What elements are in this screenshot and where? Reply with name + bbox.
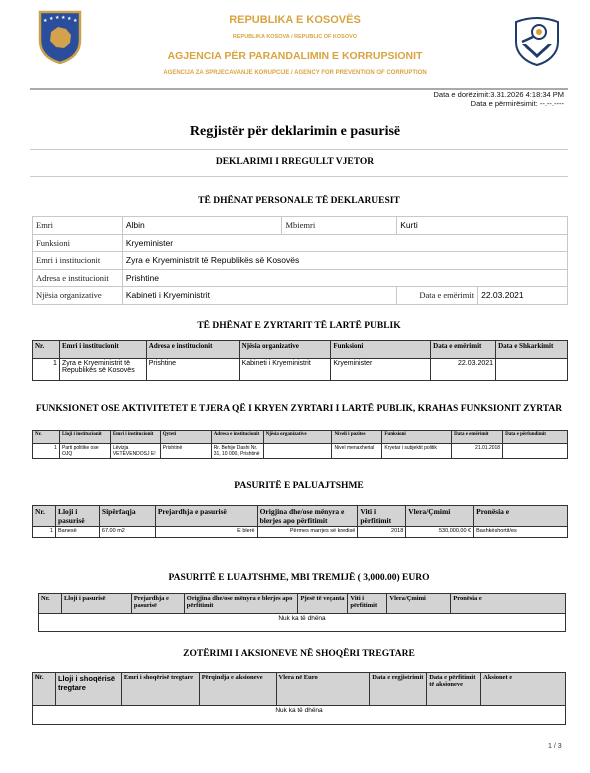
column-header: Emri i institucionit [59,341,146,359]
column-header: Sipërfaqja [99,506,155,527]
movable-section-title: PASURITË E LUAJTSHME, MBI TREMIJË ( 3,00… [30,573,568,584]
appointed-label: Data e emërimit [397,287,478,305]
column-header: Origjina dhe/ose mënyra e blerjes apo pë… [257,506,358,527]
cell: Zyra e Kryeministrit të Republikës së Ko… [59,359,146,381]
column-header: Qyteti [160,431,211,444]
column-header: Lloji i institucionit [59,431,110,444]
column-header: Data e përfitimit të aksioneve [427,673,481,706]
cell: Prishtinë [160,444,211,459]
column-header: Pronësia e [451,594,566,614]
column-header: Prejardhja e pasurisë [155,506,257,527]
header-agency: AGJENCIA PËR PARANDALIMIN E KORRUPSIONIT [0,50,590,62]
cell: Lëvizja VETËVENDOSJ E! [110,444,160,459]
cell: Prishtine [146,359,239,381]
cell: Përmes marrjes së kredisë [257,527,358,538]
column-header: Funksioni [382,431,452,444]
table-row: Nuk ka të dhëna [39,614,566,632]
column-header: Data e regjistrimit [370,673,427,706]
cell: 22.03.2021 [431,359,496,381]
official-section-title: TË DHËNAT E ZYRTARIT TË LARTË PUBLIK [30,321,568,332]
immovable-section-title: PASURITË E PALUAJTSHME [30,481,568,492]
movable-property-table: Nr. Lloji i pasurisë Prejardhja e pasuri… [38,593,566,632]
cell [496,359,568,381]
column-header: Data e përfundimit [503,431,568,444]
table-header-row: Nr. Lloji i institucionit Emri i institu… [33,431,568,444]
page-number: 1 / 3 [548,743,562,750]
column-header: Emri i shoqërisë tregtare [121,673,199,706]
cell: Kryetar i subjektit politik [382,444,452,459]
column-header: Vlera në Euro [276,673,370,706]
cell: 21.01.2018 [452,444,503,459]
column-header: Nr. [33,506,56,527]
table-row: 1 Parti politike ose OJQ Lëvizja VETËVEN… [33,444,568,459]
personal-section-title: TË DHËNAT PERSONALE TË DEKLARUESIT [30,196,568,207]
unit-value: Kabineti i Kryeministrit [122,287,396,305]
function-label: Funksioni [33,234,123,252]
cell: 1 [33,359,60,381]
column-header: Emri i institucionit [110,431,160,444]
column-header: Njësia organizative [239,341,331,359]
page-title: Regjistër për deklarimin e pasurisë [0,124,590,140]
column-header: Përqindja e aksioneve [199,673,276,706]
cell [263,444,332,459]
column-header: Data e emërimit [452,431,503,444]
divider [30,149,568,150]
column-header: Lloji i pasurisë [55,506,99,527]
cell: 67.00 m2 [99,527,155,538]
column-header: Lloji i pasurisë [61,594,131,614]
column-header: Prejardhja e pasurisë [131,594,184,614]
anti-corruption-agency-logo-icon [510,12,564,66]
immovable-property-table: Nr. Lloji i pasurisë Sipërfaqja Prejardh… [32,505,568,538]
column-header: Data e emërimit [431,341,496,359]
cell: Parti politike ose OJQ [59,444,110,459]
institution-value: Zyra e Kryeministrit të Republikës së Ko… [122,252,567,270]
declaration-type: DEKLARIMI I RREGULLT VJETOR [0,157,590,167]
column-header: Nr. [33,673,56,706]
last-name-value: Kurti [397,217,568,235]
column-header: Viti i përfitimit [358,506,406,527]
header-republic: REPUBLIKA E KOSOVËS [0,14,590,26]
cell: Banesë [55,527,99,538]
column-header: Nr. [39,594,62,614]
function-value: Kryeminister [122,234,567,252]
column-header: Njësia organizative [263,431,332,444]
cell: E blerë [155,527,257,538]
cell: Nivel menaxherial [332,444,382,459]
empty-state: Nuk ka të dhëna [39,614,566,632]
table-row: 1 Zyra e Kryeministrit të Republikës së … [33,359,568,381]
cell: 530,000.00 € [406,527,474,538]
last-name-label: Mbiemri [282,217,397,235]
official-table: Nr. Emri i institucionit Adresa e instit… [32,340,568,381]
amendment-date: Data e përmirësimit: --.--.---- [471,99,564,108]
empty-state: Nuk ka të dhëna [33,706,566,725]
address-value: Prishtine [122,269,567,287]
table-header-row: Nr. Lloji i shoqërisë tregtare Emri i sh… [33,673,566,706]
cell: Kabineti i Kryeministrit [239,359,331,381]
column-header: Viti i përfitimit [348,594,387,614]
personal-data-table: Emri Albin Mbiemri Kurti Funksioni Kryem… [32,216,568,305]
institution-label: Emri i institucionit [33,252,123,270]
cell: 2018 [358,527,406,538]
column-header: Pronësia e [474,506,568,527]
cell: 1 [33,444,60,459]
cell: Bashkëshortit/es [474,527,568,538]
table-header-row: Nr. Lloji i pasurisë Prejardhja e pasuri… [39,594,566,614]
column-header: Data e Shkarkimit [496,341,568,359]
column-header: Adresa e institucionit [146,341,239,359]
cell: Rr. Behije Dashi Nr. 31, 10 000, Prishti… [211,444,263,459]
address-label: Adresa e institucionit [33,269,123,287]
column-header: Funksioni [331,341,431,359]
column-header: Origjina dhe/ose mënyra e blerjes apo pë… [184,594,298,614]
column-header: Pjesë të veçanta [298,594,348,614]
appointed-value: 22.03.2021 [478,287,568,305]
column-header: Vlera/Çmimi [406,506,474,527]
column-header: Niveli i pozites [332,431,382,444]
column-header: Aksionet e [481,673,566,706]
shares-section-title: ZOTËRIMI I AKSIONEVE NË SHOQËRI TREGTARE [30,649,568,660]
cell: Kryeminister [331,359,431,381]
column-header: Vlera/Çmimi [387,594,451,614]
column-header: Nr. [33,431,60,444]
header-republic-translations: REPUBLIKA KOSOVA / REPUBLIC OF KOSOVO [0,34,590,40]
column-header: Nr. [33,341,60,359]
header-agency-translations: AGENCIJA ZA SPRJECAVANJE KORUPCIJE / AGE… [0,70,590,76]
submission-date: Data e dorëzimit:3.31.2026 4:18:34 PM [434,90,565,99]
table-row: Nuk ka të dhëna [33,706,566,725]
column-header: Lloji i shoqërisë tregtare [55,673,121,706]
cell [503,444,568,459]
divider [30,176,568,177]
table-header-row: Nr. Emri i institucionit Adresa e instit… [33,341,568,359]
column-header: Adresa e institucionit [211,431,263,444]
first-name-label: Emri [33,217,123,235]
table-header-row: Nr. Lloji i pasurisë Sipërfaqja Prejardh… [33,506,568,527]
unit-label: Njësia organizative [33,287,123,305]
cell: 1 [33,527,56,538]
other-functions-section-title: FUNKSIONET OSE AKTIVITETET E TJERA QË I … [30,404,568,415]
table-row: 1 Banesë 67.00 m2 E blerë Përmes marrjes… [33,527,568,538]
first-name-value: Albin [122,217,282,235]
other-functions-table: Nr. Lloji i institucionit Emri i institu… [32,430,568,459]
shares-table: Nr. Lloji i shoqërisë tregtare Emri i sh… [32,672,566,725]
